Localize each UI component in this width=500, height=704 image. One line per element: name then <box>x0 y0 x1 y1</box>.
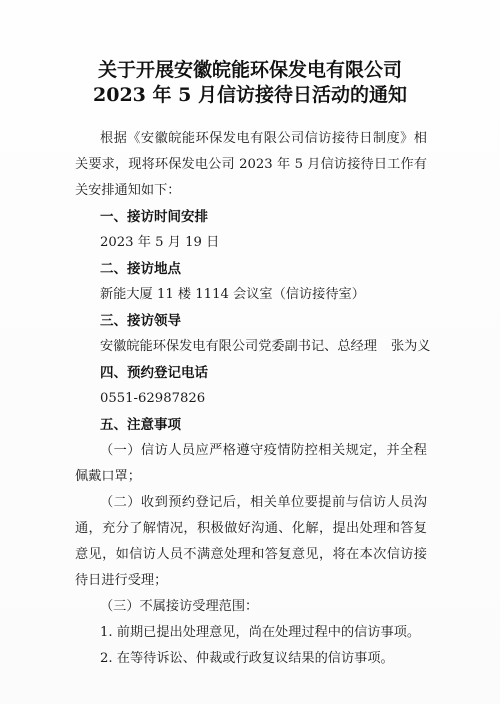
note-1-line-2: 佩戴口罩； <box>75 464 141 490</box>
section-heading-phone: 四、预约登记电话 <box>100 360 208 386</box>
note-2-line-3: 意见，如信访人员不满意处理和答复意见，将在本次信访接 <box>75 542 427 568</box>
section-heading-notes: 五、注意事项 <box>100 412 181 438</box>
intro-line-1: 根据《安徽皖能环保发电有限公司信访接待日制度》相 <box>100 126 427 152</box>
note-1-line-1: （一）信访人员应严格遵守疫情防控相关规定，并全程 <box>100 438 427 464</box>
section-content-leader: 安徽皖能环保发电有限公司党委副书记、总经理张为义 <box>100 334 431 360</box>
section-content-phone: 0551-62987826 <box>100 386 205 412</box>
note-2-line-4: 待日进行受理； <box>75 568 167 594</box>
note-3-subitem-1: 1. 前期已提出处理意见，尚在处理过程中的信访事项。 <box>100 620 420 646</box>
note-2-line-2: 通，充分了解情况，积极做好沟通、化解，提出处理和答复 <box>75 516 427 542</box>
section-content-location: 新能大厦 11 楼 1114 会议室（信访接待室） <box>100 282 365 308</box>
document-title-line-2: 2023 年 5 月信访接待日活动的通知 <box>0 80 500 107</box>
section-heading-location: 二、接访地点 <box>100 256 181 282</box>
section-heading-time: 一、接访时间安排 <box>100 204 208 230</box>
note-3-subitem-2: 2. 在等待诉讼、仲裁或行政复议结果的信访事项。 <box>100 646 394 672</box>
leader-title: 安徽皖能环保发电有限公司党委副书记、总经理 <box>100 339 377 354</box>
note-3-line-1: （三）不属接访受理范围： <box>100 594 258 620</box>
document-page: 关于开展安徽皖能环保发电有限公司 2023 年 5 月信访接待日活动的通知 根据… <box>0 0 500 704</box>
document-title-line-1: 关于开展安徽皖能环保发电有限公司 <box>0 55 500 82</box>
section-heading-leader: 三、接访领导 <box>100 308 181 334</box>
section-content-date: 2023 年 5 月 19 日 <box>100 230 219 256</box>
intro-line-2: 关要求，现将环保发电公司 2023 年 5 月信访接待日工作有 <box>75 152 427 178</box>
leader-name: 张为义 <box>391 339 431 354</box>
note-2-line-1: （二）收到预约登记后，相关单位要提前与信访人员沟 <box>100 490 427 516</box>
intro-line-3: 关安排通知如下： <box>75 178 181 204</box>
